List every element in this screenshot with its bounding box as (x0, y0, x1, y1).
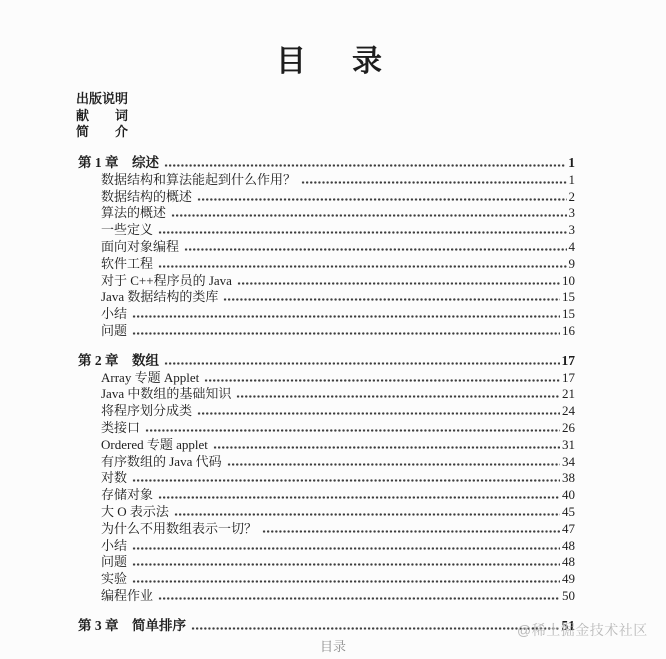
toc-entry-page: 48 (562, 538, 575, 555)
dotted-leader (164, 164, 566, 167)
toc-entry-page: 2 (569, 189, 576, 206)
toc-entry-label: 小结 (101, 306, 127, 323)
toc-chapter-heading: 第 3 章 简单排序51 (78, 618, 575, 635)
front-matter-item: 出版说明 (76, 91, 128, 108)
chapter-block-2: 第 2 章 数组17Array 专题 Applet17Java 中数组的基础知识… (78, 353, 575, 605)
toc-entry-page: 15 (562, 306, 575, 323)
toc-entry-page: 24 (562, 403, 575, 420)
dotted-leader (132, 580, 560, 583)
toc-entry: Java 数据结构的类库15 (78, 289, 575, 306)
toc-entry: Array 专题 Applet17 (78, 370, 575, 387)
toc-entry-label: 问题 (101, 323, 127, 340)
toc-entry-label: 一些定义 (101, 222, 153, 239)
toc-entry: 编程作业50 (78, 588, 575, 605)
toc-entry: 实验49 (78, 571, 575, 588)
toc-list: 第 1 章 综述1数据结构和算法能起到什么作用？1数据结构的概述2算法的概述3一… (78, 155, 575, 648)
toc-entry-page: 10 (562, 273, 575, 290)
dotted-leader (262, 530, 560, 533)
dotted-leader (301, 181, 566, 184)
toc-chapter-heading: 第 1 章 综述1 (78, 155, 575, 172)
toc-entry-label: Java 中数组的基础知识 (101, 386, 231, 403)
toc-entry-label: 数据结构的概述 (101, 189, 192, 206)
toc-entry: 有序数组的 Java 代码34 (78, 454, 575, 471)
toc-entry-page: 48 (562, 554, 575, 571)
toc-entry-page: 17 (562, 353, 576, 370)
toc-entry: 大 O 表示法45 (78, 504, 575, 521)
front-matter-list: 出版说明献 词简 介 (76, 91, 128, 141)
toc-entry-label: 问题 (101, 554, 127, 571)
toc-entry-label: 软件工程 (101, 256, 153, 273)
page-title: 目 录 (0, 36, 666, 80)
toc-entry-label: 第 2 章 数组 (78, 353, 159, 370)
toc-entry: 存储对象40 (78, 487, 575, 504)
dotted-leader (132, 479, 560, 482)
toc-entry-label: 第 1 章 综述 (78, 155, 159, 172)
toc-entry: 问题16 (78, 323, 575, 340)
toc-entry: 为什么不用数组表示一切？47 (78, 521, 575, 538)
toc-entry: 类接口26 (78, 420, 575, 437)
toc-entry-page: 17 (562, 370, 575, 387)
toc-entry-page: 49 (562, 571, 575, 588)
toc-entry-page: 9 (569, 256, 576, 273)
toc-entry-label: 面向对象编程 (101, 239, 179, 256)
toc-entry-page: 1 (569, 172, 576, 189)
dotted-leader (158, 265, 566, 268)
toc-entry: 小结15 (78, 306, 575, 323)
toc-entry-label: 第 3 章 简单排序 (78, 618, 186, 635)
dotted-leader (204, 379, 560, 382)
toc-entry-label: 数据结构和算法能起到什么作用？ (101, 172, 296, 189)
toc-entry-label: 为什么不用数组表示一切？ (101, 521, 257, 538)
dotted-leader (237, 282, 560, 285)
toc-entry-page: 45 (562, 504, 575, 521)
toc-entry: 一些定义3 (78, 222, 575, 239)
toc-entry-page: 34 (562, 454, 575, 471)
front-matter-item: 献 词 (76, 108, 128, 125)
dotted-leader (132, 315, 560, 318)
toc-entry: 数据结构和算法能起到什么作用？1 (78, 172, 575, 189)
chapter-block-1: 第 1 章 综述1数据结构和算法能起到什么作用？1数据结构的概述2算法的概述3一… (78, 155, 575, 340)
toc-entry-label: 大 O 表示法 (101, 504, 169, 521)
dotted-leader (158, 496, 560, 499)
dotted-leader (236, 395, 560, 398)
toc-entry: 算法的概述3 (78, 205, 575, 222)
dotted-leader (174, 513, 560, 516)
front-matter-label: 简 介 (76, 124, 128, 139)
toc-entry-page: 21 (562, 386, 575, 403)
dotted-leader (223, 298, 560, 301)
toc-entry: 数据结构的概述2 (78, 189, 575, 206)
toc-entry-page: 1 (568, 155, 575, 172)
dotted-leader (197, 412, 560, 415)
toc-entry-label: 实验 (101, 571, 127, 588)
toc-entry-label: Ordered 专题 applet (101, 437, 208, 454)
toc-entry: 对于 C++程序员的 Java10 (78, 273, 575, 290)
dotted-leader (132, 563, 560, 566)
toc-entry-label: Java 数据结构的类库 (101, 289, 218, 306)
chapter-block-3: 第 3 章 简单排序51 (78, 618, 575, 635)
toc-entry-label: 将程序划分成类 (101, 403, 192, 420)
toc-entry-label: 对于 C++程序员的 Java (101, 273, 232, 290)
dotted-leader (197, 198, 566, 201)
toc-entry-label: 小结 (101, 538, 127, 555)
dotted-leader (213, 446, 560, 449)
toc-entry-page: 40 (562, 487, 575, 504)
toc-entry-label: 算法的概述 (101, 205, 166, 222)
dotted-leader (227, 463, 560, 466)
toc-entry-label: 类接口 (101, 420, 140, 437)
toc-entry-label: 编程作业 (101, 588, 153, 605)
toc-entry-page: 15 (562, 289, 575, 306)
dotted-leader (191, 627, 560, 630)
dotted-leader (158, 597, 560, 600)
toc-entry-page: 3 (569, 205, 576, 222)
toc-entry-label: 对数 (101, 470, 127, 487)
toc-entry: 小结48 (78, 538, 575, 555)
toc-entry-page: 4 (569, 239, 576, 256)
toc-entry: 软件工程9 (78, 256, 575, 273)
front-matter-label: 出版说明 (76, 91, 128, 106)
dotted-leader (171, 214, 566, 217)
toc-entry-label: 存储对象 (101, 487, 153, 504)
dotted-leader (184, 248, 566, 251)
toc-entry: 面向对象编程4 (78, 239, 575, 256)
toc-entry-page: 50 (562, 588, 575, 605)
dotted-leader (145, 429, 560, 432)
toc-chapter-heading: 第 2 章 数组17 (78, 353, 575, 370)
toc-entry-page: 38 (562, 470, 575, 487)
toc-entry-page: 31 (562, 437, 575, 454)
page-footer: 目录 (0, 636, 666, 655)
toc-entry: 将程序划分成类24 (78, 403, 575, 420)
toc-entry: Ordered 专题 applet31 (78, 437, 575, 454)
front-matter-label: 献 词 (76, 108, 128, 123)
toc-entry-page: 16 (562, 323, 575, 340)
front-matter-item: 简 介 (76, 124, 128, 141)
toc-entry-page: 3 (569, 222, 576, 239)
toc-entry-page: 26 (562, 420, 575, 437)
toc-entry: Java 中数组的基础知识21 (78, 386, 575, 403)
toc-entry-label: Array 专题 Applet (101, 370, 199, 387)
dotted-leader (158, 231, 566, 234)
toc-entry-label: 有序数组的 Java 代码 (101, 454, 222, 471)
dotted-leader (132, 332, 560, 335)
dotted-leader (164, 362, 560, 365)
dotted-leader (132, 547, 560, 550)
toc-entry: 对数38 (78, 470, 575, 487)
toc-entry: 问题48 (78, 554, 575, 571)
toc-entry-page: 47 (562, 521, 575, 538)
